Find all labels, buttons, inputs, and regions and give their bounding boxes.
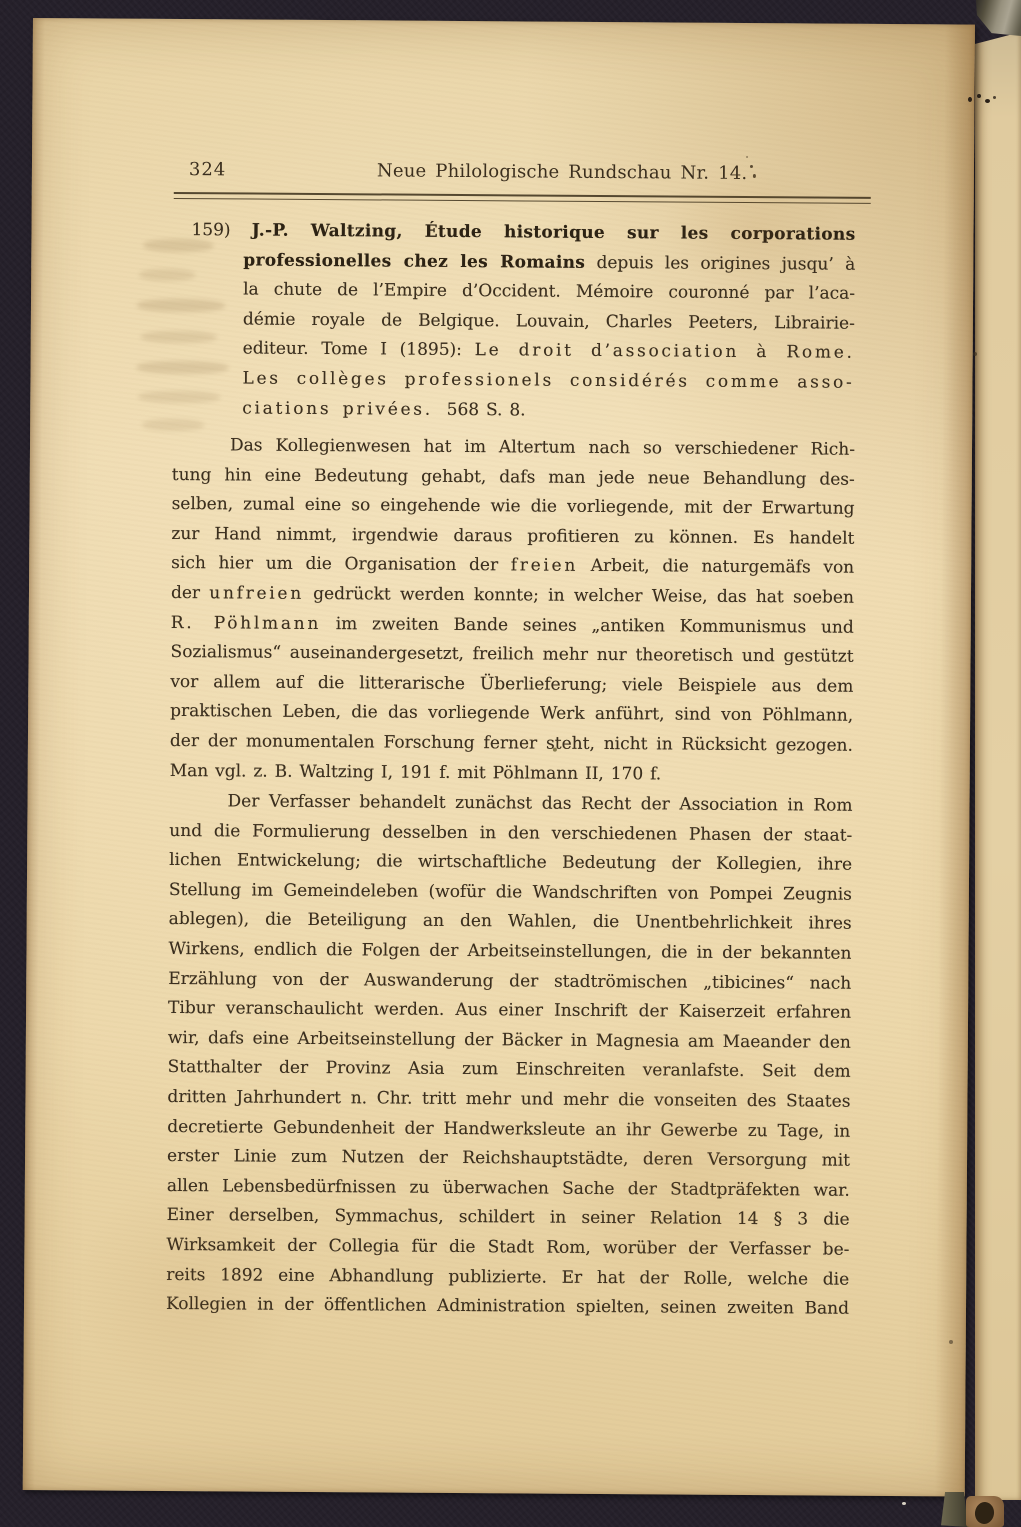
text-run: Einer derselben, Symmachus, schildert in… xyxy=(167,1205,850,1230)
text-line: ciations privées. 568 S. 8. xyxy=(190,394,854,428)
text-line: démie royale de Belgique. Louvain, Charl… xyxy=(191,305,855,339)
text-line: la chute de l’Empire d’Occident. Mémoire… xyxy=(191,275,855,309)
letterspaced-text: ciations privées. xyxy=(242,398,433,419)
text-run: démie royale de Belgique. Louvain, Charl… xyxy=(243,309,855,333)
text-line: decretierte Gebundenheit der Handwerksle… xyxy=(167,1112,850,1146)
text-line: professionelles chez les Romains depuis … xyxy=(191,246,855,280)
text-line: Sozialismus“ auseinandergesetzt, freilic… xyxy=(170,638,853,672)
text-run: Stellung im Gemeindeleben (wofür die Wan… xyxy=(169,880,852,905)
text-run: editeur. Tome I (1895): xyxy=(243,339,475,361)
ink-speck xyxy=(949,1340,953,1344)
text-run: der der monumentalen Forschung ferner st… xyxy=(170,731,853,756)
text-run: Sozialismus“ auseinandergesetzt, freilic… xyxy=(171,642,854,667)
text-run: Das Kollegienwesen hat im Altertum nach … xyxy=(230,435,855,459)
text-line: lichen Entwickelung; die wirtschaftliche… xyxy=(169,846,852,880)
gutter-shadow xyxy=(935,24,975,1496)
text-run: Wirkens, endlich die Folgen der Arbeitse… xyxy=(168,939,851,964)
text-line: ablegen), die Beteiligung an den Wahlen,… xyxy=(169,905,852,939)
ink-speck xyxy=(753,174,756,178)
text-line: sich hier um die Organisation der freien… xyxy=(171,549,854,583)
ink-speck xyxy=(968,97,972,102)
text-line: Erzählung von der Auswanderung der stadt… xyxy=(168,965,851,999)
ink-bleed-smudges xyxy=(33,18,975,25)
text-line: 159) J.-P. Waltzing, Étude historique su… xyxy=(191,216,855,250)
journal-header: Neue Philologische Rundschau Nr. 14. xyxy=(377,160,748,184)
header-rule xyxy=(174,192,871,204)
text-run: Kollegien in der öffentlichen Administra… xyxy=(166,1294,849,1319)
text-run: Der Verfasser behandelt zunächst das Rec… xyxy=(227,791,852,815)
text-line: Tibur veranschaulicht werden. Aus einer … xyxy=(168,994,851,1028)
text-run: Erzählung von der Auswanderung der stadt… xyxy=(168,969,851,994)
adjacent-page-sliver xyxy=(975,30,1021,1500)
text-line: Kollegien in der öffentlichen Administra… xyxy=(166,1290,849,1324)
dust-speck xyxy=(902,1502,906,1505)
text-line: Les collèges professionels considérés co… xyxy=(190,364,854,398)
text-line: Statthalter der Provinz Asia zum Einschr… xyxy=(168,1053,851,1087)
book-edge-top-right xyxy=(972,0,1021,36)
bold-text: professionelles chez les Romains xyxy=(243,250,585,272)
text-run: lichen Entwickelung; die wirtschaftliche… xyxy=(169,850,852,875)
text-run: Man vgl. z. B. Waltzing I, 191 f. mit Pö… xyxy=(170,761,662,784)
ink-speck xyxy=(977,94,981,98)
bold-text: J.-P. Waltzing, Étude historique sur les… xyxy=(252,221,856,245)
text-line: allen Lebensbedürfnissen zu überwachen S… xyxy=(167,1172,850,1206)
text-run: dritten Jahrhundert n. Chr. tritt mehr u… xyxy=(167,1087,850,1112)
text-run: im zweiten Bande seines „antiken Kommuni… xyxy=(321,614,854,638)
text-line: Wirkens, endlich die Folgen der Arbeitse… xyxy=(168,935,851,969)
text-run: Statthalter der Provinz Asia zum Einschr… xyxy=(168,1057,851,1082)
text-line: R. Pöhlmann im zweiten Bande seines „ant… xyxy=(171,609,854,643)
text-run: Wirksamkeit der Collegia für die Stadt R… xyxy=(166,1235,849,1260)
letterspaced-text: Les collèges professionels considérés co… xyxy=(242,368,854,392)
text-run: depuis les origines jusqu’ à xyxy=(585,252,855,274)
binding-cord xyxy=(941,1492,968,1527)
text-line: Der Verfasser behandelt zunächst das Rec… xyxy=(169,787,852,821)
text-line: reits 1892 eine Abhandlung publizierte. … xyxy=(166,1260,849,1294)
text-run: Arbeit, die naturgemäfs von xyxy=(578,556,854,578)
book-page: 324 Neue Philologische Rundschau Nr. 14.… xyxy=(23,18,975,1497)
page-number: 324 xyxy=(189,159,227,180)
text-line: Wirksamkeit der Collegia für die Stadt R… xyxy=(166,1231,849,1265)
review-paragraph-2: Der Verfasser behandelt zunächst das Rec… xyxy=(166,787,853,1324)
text-run: la chute de l’Empire d’Occident. Mémoire… xyxy=(243,280,855,304)
text-run: selben, zumal eine so eingehende wie die… xyxy=(172,494,855,519)
letterspaced-text: Le droit d’association à Rome. xyxy=(475,340,855,363)
text-line: dritten Jahrhundert n. Chr. tritt mehr u… xyxy=(167,1083,850,1117)
text-line: vor allem auf die litterarische Überlief… xyxy=(170,668,853,702)
text-line: selben, zumal eine so eingehende wie die… xyxy=(172,490,855,524)
text-line: Einer derselben, Symmachus, schildert in… xyxy=(167,1201,850,1235)
scanned-book-photo: 324 Neue Philologische Rundschau Nr. 14.… xyxy=(0,0,1021,1527)
ink-speck xyxy=(985,99,990,103)
text-run: gedrückt werden konnte; in welcher Weise… xyxy=(304,584,854,608)
text-line: Man vgl. z. B. Waltzing I, 191 f. mit Pö… xyxy=(170,757,853,791)
text-run: wir, dafs eine Arbeitseinstellung der Bä… xyxy=(168,1028,851,1053)
text-run: allen Lebensbedürfnissen zu überwachen S… xyxy=(167,1176,850,1201)
ink-speck xyxy=(993,96,996,99)
text-line: Das Kollegienwesen hat im Altertum nach … xyxy=(172,431,855,465)
text-run: tung hin eine Bedeutung gehabt, dafs man… xyxy=(172,465,855,490)
text-line: tung hin eine Bedeutung gehabt, dafs man… xyxy=(172,461,855,495)
text-run: zur Hand nimmt, irgendwie daraus profiti… xyxy=(171,524,854,549)
text-run: decretierte Gebundenheit der Handwerksle… xyxy=(167,1116,850,1141)
page-left-shadow xyxy=(23,18,45,1490)
text-line: editeur. Tome I (1895): Le droit d’assoc… xyxy=(191,334,855,368)
text-line: erster Linie zum Nutzen der Reichshaupts… xyxy=(167,1142,850,1176)
ink-speck xyxy=(746,156,748,158)
letterspaced-text: freien xyxy=(511,556,578,576)
ink-speck xyxy=(553,748,557,752)
text-run: Tibur veranschaulicht werden. Aus einer … xyxy=(168,998,851,1023)
ink-speck xyxy=(973,352,977,356)
text-run: 159) xyxy=(191,220,251,240)
letterspaced-text: R. Pöhlmann xyxy=(171,613,321,634)
text-run: reits 1892 eine Abhandlung publizierte. … xyxy=(166,1264,849,1289)
text-run: 568 S. 8. xyxy=(433,399,526,420)
text-line: der unfreien gedrückt werden konnte; in … xyxy=(171,579,854,613)
text-line: Stellung im Gemeindeleben (wofür die Wan… xyxy=(169,876,852,910)
text-line: der der monumentalen Forschung ferner st… xyxy=(170,727,853,761)
letterspaced-text: unfreien xyxy=(209,583,304,604)
text-run: vor allem auf die litterarische Überlief… xyxy=(170,672,853,697)
text-line: und die Formulierung desselben in den ve… xyxy=(169,817,852,851)
review-paragraph-1: Das Kollegienwesen hat im Altertum nach … xyxy=(170,431,855,791)
text-run: sich hier um die Organisation der xyxy=(171,553,511,575)
text-run: erster Linie zum Nutzen der Reichshaupts… xyxy=(167,1146,850,1171)
ink-speck xyxy=(750,165,753,168)
text-run: ablegen), die Beteiligung an den Wahlen,… xyxy=(169,909,852,934)
text-run: praktischen Leben, die das vorliegende W… xyxy=(170,701,853,726)
text-line: wir, dafs eine Arbeitseinstellung der Bä… xyxy=(168,1024,851,1058)
review-entry: 159) J.-P. Waltzing, Étude historique su… xyxy=(190,216,855,428)
text-run: der xyxy=(171,583,209,603)
text-line: praktischen Leben, die das vorliegende W… xyxy=(170,697,853,731)
text-run: und die Formulierung desselben in den ve… xyxy=(169,821,852,846)
text-line: zur Hand nimmt, irgendwie daraus profiti… xyxy=(171,520,854,554)
